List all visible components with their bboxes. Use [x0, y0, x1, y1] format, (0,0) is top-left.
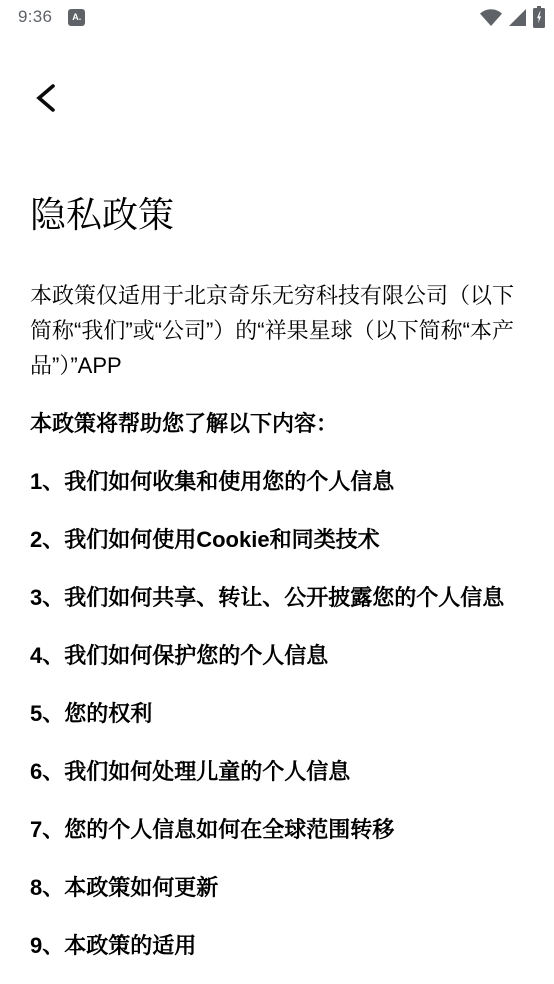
toc-item-1: 1、我们如何收集和使用您的个人信息 — [30, 465, 524, 498]
toc-item-2: 2、我们如何使用Cookie和同类技术 — [30, 523, 524, 556]
intro-paragraph: 本政策仅适用于北京奇乐无穷科技有限公司（以下简称“我们”或“公司”）的“祥果星球… — [30, 278, 524, 383]
status-time: 9:36 — [18, 7, 52, 27]
page-title: 隐私政策 — [30, 194, 524, 236]
wifi-icon — [480, 9, 502, 26]
toc-item-5: 5、您的权利 — [30, 697, 524, 730]
policy-scroll-area[interactable]: 隐私政策 本政策仅适用于北京奇乐无穷科技有限公司（以下简称“我们”或“公司”）的… — [0, 194, 554, 962]
toc-item-9: 9、本政策的适用 — [30, 929, 524, 962]
toc-item-8: 8、本政策如何更新 — [30, 871, 524, 904]
status-bar-left: 9:36 A. — [18, 7, 85, 27]
toc-item-7: 7、您的个人信息如何在全球范围转移 — [30, 813, 524, 846]
status-bar-right — [480, 6, 545, 28]
toc-item-4: 4、我们如何保护您的个人信息 — [30, 639, 524, 672]
status-bar: 9:36 A. — [0, 0, 554, 32]
toc-item-6: 6、我们如何处理儿童的个人信息 — [30, 755, 524, 788]
cellular-signal-icon — [509, 9, 526, 26]
battery-charging-icon — [533, 6, 545, 28]
back-button[interactable] — [31, 84, 61, 114]
notification-app-icon: A. — [68, 9, 85, 26]
section-heading: 本政策将帮助您了解以下内容： — [30, 407, 524, 440]
chevron-left-icon — [34, 83, 58, 116]
toc-list: 1、我们如何收集和使用您的个人信息 2、我们如何使用Cookie和同类技术 3、… — [30, 465, 524, 962]
toc-item-3: 3、我们如何共享、转让、公开披露您的个人信息 — [30, 581, 524, 614]
